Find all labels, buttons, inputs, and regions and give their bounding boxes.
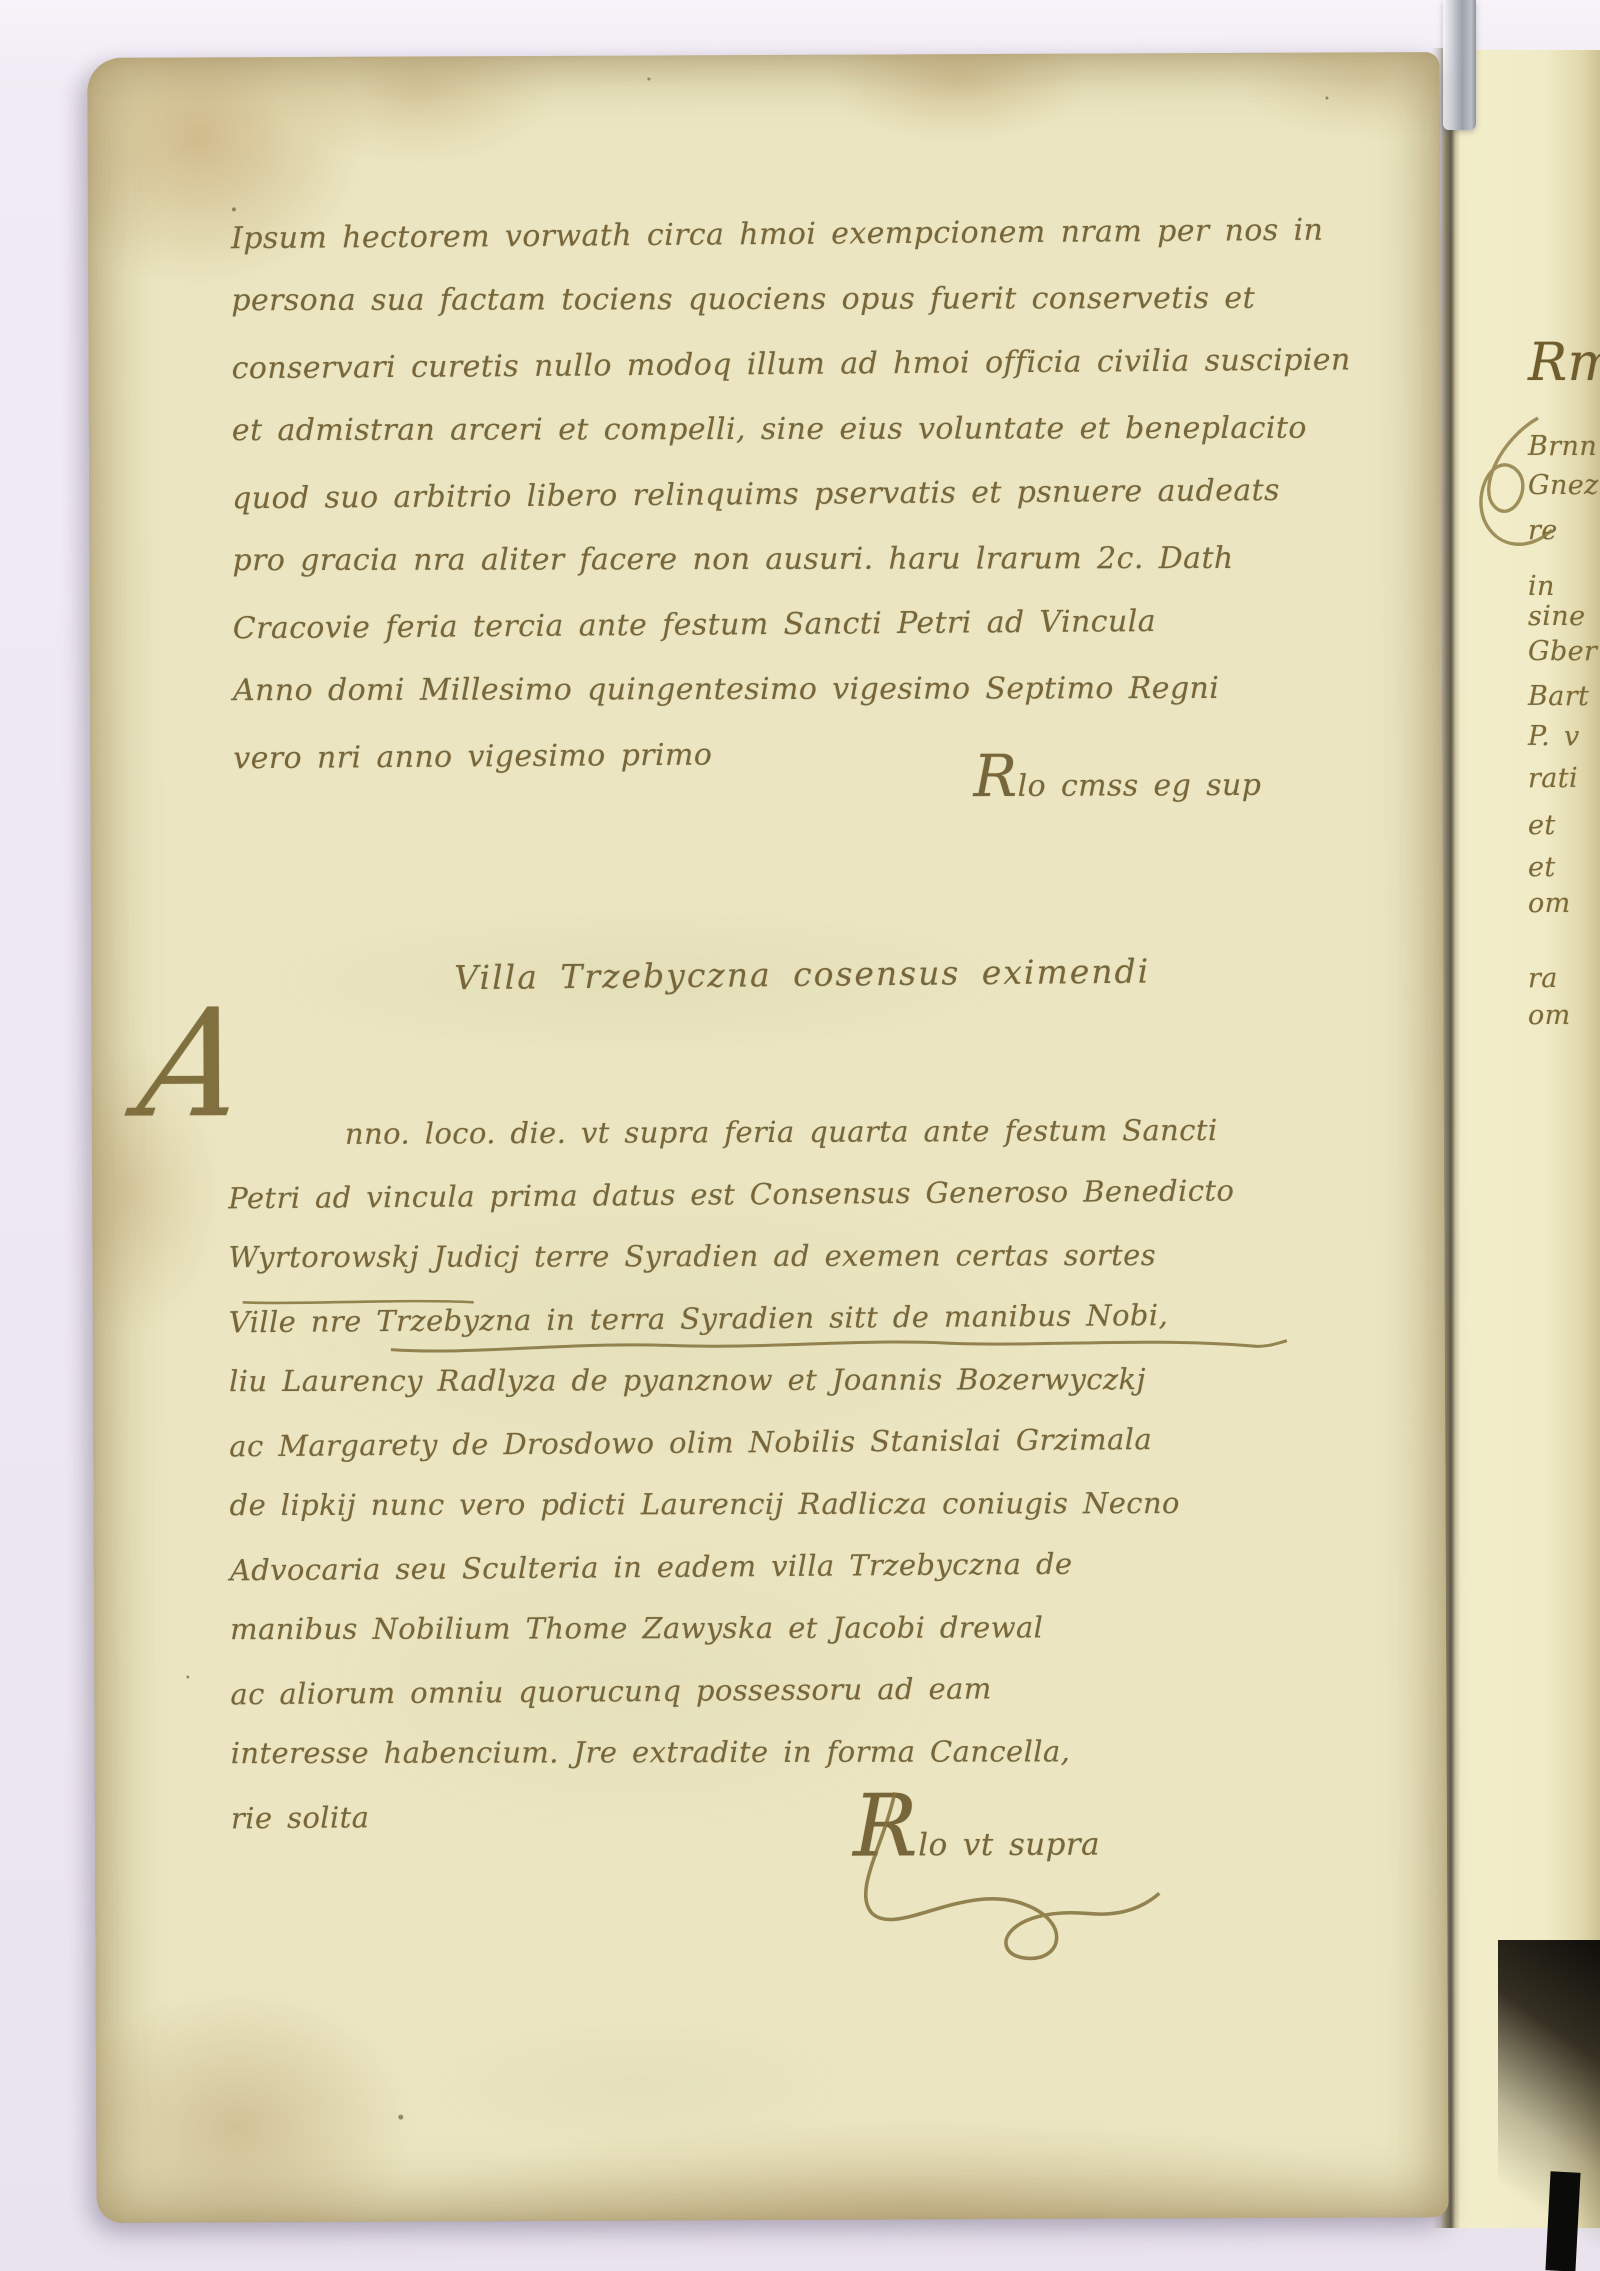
- page-fragment: et: [1528, 852, 1556, 883]
- manuscript-scan: RmoBrnnGnezreinsineGberBartP. vratieteto…: [0, 0, 1600, 2271]
- text-line: Advocaria seu Sculteria in eadem villa T…: [230, 1530, 1360, 1601]
- entry-2-lines: Petri ad vincula prima datus est Consens…: [228, 1160, 1361, 1847]
- text-line: Cracovie feria tercia ante festum Sancti…: [233, 588, 1343, 662]
- ink-speck: [1325, 97, 1328, 100]
- flourish-stroke: [837, 1785, 1168, 1976]
- page-fragment: rati: [1528, 763, 1578, 794]
- facing-page-edge: RmoBrnnGnezreinsineGberBartP. vratieteto…: [1458, 50, 1600, 2228]
- entry-1-text: Ipsum hectorem vorwath circa hmoi exempc…: [231, 199, 1344, 789]
- entry-2-text: nno. loco. die. vt supra feria quarta an…: [228, 1098, 1361, 1847]
- ink-speck: [186, 1676, 189, 1679]
- page-fragment: Rmo: [1528, 333, 1600, 393]
- text-line: interesse habencium. Jre extradite in fo…: [231, 1720, 1361, 1785]
- text-line: rie solita: [231, 1778, 1361, 1849]
- book-cover-edge: [1545, 2171, 1580, 2271]
- text-line: et admistran arceri et compelli, sine ei…: [232, 396, 1342, 464]
- text-line: nno. loco. die. vt supra feria quarta an…: [228, 1098, 1358, 1165]
- text-line: ac aliorum omniu quorucunq possessoru ad…: [230, 1654, 1360, 1725]
- page-fragment: Gber: [1528, 636, 1597, 667]
- page-fragment: om: [1528, 1000, 1571, 1031]
- page-fragment: om: [1528, 888, 1571, 919]
- text-line: quod suo arbitrio libero relinquims pser…: [232, 458, 1342, 532]
- flourish-stroke: [1460, 410, 1560, 590]
- page-holder-clip: [1443, 0, 1476, 130]
- text-line: Wyrtorowskj Judicj terre Syradien ad exe…: [228, 1224, 1358, 1289]
- text-line: liu Laurency Radlyza de pyanznow et Joan…: [229, 1348, 1359, 1413]
- text-line: manibus Nobilium Thome Zawyska et Jacobi…: [230, 1596, 1360, 1661]
- page-fragment: P. v: [1528, 721, 1580, 752]
- text-line: ac Margarety de Drosdowo olim Nobilis St…: [229, 1406, 1359, 1477]
- text-line: Anno domi Millesimo quingentesimo vigesi…: [233, 656, 1343, 724]
- text-line: Petri ad vincula prima datus est Consens…: [228, 1158, 1358, 1229]
- text-line: Ville nre Trzebyzna in terra Syradien si…: [229, 1282, 1359, 1353]
- manuscript-page: Ipsum hectorem vorwath circa hmoi exempc…: [87, 52, 1448, 2223]
- text-line: de lipkij nunc vero pdicti Laurencij Rad…: [230, 1472, 1360, 1537]
- ink-speck: [647, 78, 650, 81]
- text-line: persona sua factam tociens quociens opus…: [231, 266, 1341, 334]
- ink-speck: [232, 207, 236, 211]
- page-fragment: sine: [1528, 601, 1585, 632]
- chancery-note-1: Rlo cmss eg sup: [973, 741, 1261, 810]
- page-fragment: ra: [1528, 963, 1558, 994]
- ink-speck: [398, 2115, 403, 2120]
- text-line: pro gracia nra aliter facere non ausuri.…: [232, 526, 1342, 594]
- page-fragment: et: [1528, 810, 1556, 841]
- section-heading: Villa Trzebyczna cosensus eximendi: [454, 952, 1150, 998]
- text-line: conservari curetis nullo modoq illum ad …: [231, 328, 1341, 402]
- text-line: Ipsum hectorem vorwath circa hmoi exempc…: [231, 198, 1341, 272]
- page-fragment: Bart: [1528, 681, 1589, 712]
